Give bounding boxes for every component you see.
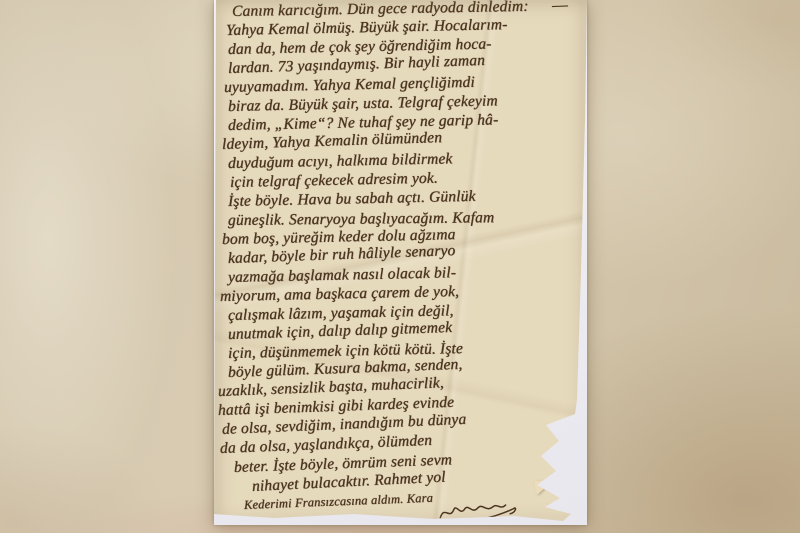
top-dash-mark: —: [552, 0, 569, 15]
letter-text: Canım karıcığım. Dün gece radyoda dinled…: [214, 2, 587, 515]
letter-paper: Canım karıcığım. Dün gece radyoda dinled…: [214, 0, 587, 525]
letter-photo: Canım karıcığım. Dün gece radyoda dinled…: [214, 0, 587, 525]
photo-background: Canım karıcığım. Dün gece radyoda dinled…: [0, 0, 800, 533]
torn-paper-flap: [533, 476, 553, 495]
signature-scribble: [435, 496, 521, 528]
